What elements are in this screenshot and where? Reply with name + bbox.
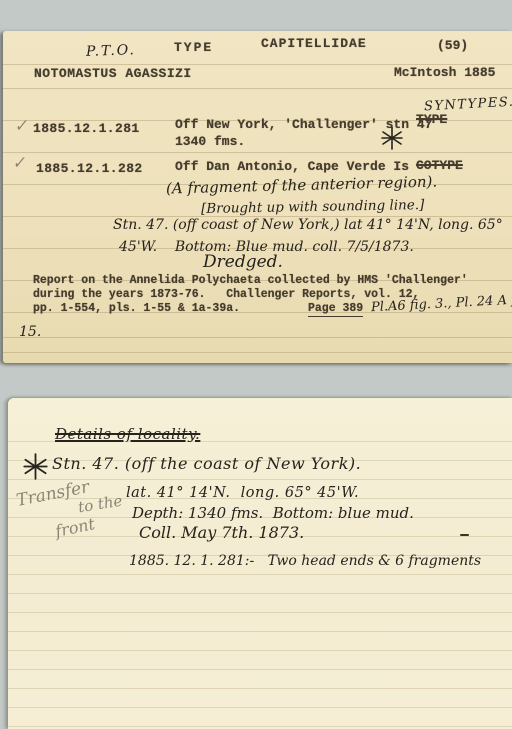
ruled-line bbox=[3, 152, 512, 153]
dredged-note: Dredged. bbox=[203, 254, 283, 270]
collection-date-line: Coll. May 7th. 1873. bbox=[139, 525, 304, 541]
specimen-count-line: 1885. 12. 1. 281:- Two head ends & 6 fra… bbox=[129, 553, 481, 569]
pencil-transfer-note-line3: front bbox=[53, 514, 96, 541]
ruled-line bbox=[8, 707, 512, 708]
registration-number: 1885.12.1.281 bbox=[33, 122, 140, 136]
ruled-line bbox=[8, 726, 512, 727]
ruled-line bbox=[8, 688, 512, 689]
ruled-line bbox=[8, 612, 512, 613]
locality-text: Off Dan Antonio, Cape Verde Is bbox=[175, 160, 409, 174]
pto-note: P.T.O. bbox=[86, 42, 136, 60]
type-heading: TYPE bbox=[174, 41, 213, 55]
depth-line: Depth: 1340 fms. Bottom: blue mud. bbox=[132, 505, 414, 521]
asterisk-mark-icon bbox=[380, 126, 404, 150]
specimen-card-front: P.T.O. TYPE CAPITELLIDAE (59) NOTOMASTUS… bbox=[3, 31, 512, 363]
family-name: CAPITELLIDAE bbox=[261, 37, 367, 51]
reference-line3: pp. 1-554, pls. 1-55 & 1a-39a. bbox=[33, 302, 261, 316]
ruled-line bbox=[8, 650, 512, 651]
checkmark-pencil: ✓ bbox=[11, 152, 26, 172]
reference-line2: during the years 1873-76. Challenger Rep… bbox=[33, 288, 419, 302]
ruled-line bbox=[8, 593, 512, 594]
fragment-note: (A fragment of the anterior region). bbox=[166, 173, 437, 196]
cotype-status-struck: COTYPE bbox=[416, 159, 463, 173]
species-name: NOTOMASTUS AGASSIZI bbox=[34, 67, 192, 81]
ruled-line bbox=[3, 352, 512, 353]
registration-number: 1885.12.1.282 bbox=[36, 162, 143, 176]
ruled-line bbox=[8, 669, 512, 670]
station-details-line1: Stn. 47. (off coast of New York,) lat 41… bbox=[113, 217, 503, 233]
type-status-struck: TYPE bbox=[416, 113, 447, 127]
author-citation: McIntosh 1885 bbox=[394, 66, 495, 80]
asterisk-mark-icon bbox=[22, 453, 49, 480]
card-number: (59) bbox=[437, 39, 468, 53]
figure-references-cont: 15. bbox=[19, 324, 41, 340]
sounding-line-note: [Brought up with sounding line.] bbox=[201, 197, 425, 217]
ruled-line bbox=[8, 631, 512, 632]
latlong-line: lat. 41° 14'N. long. 65° 45'W. bbox=[126, 485, 359, 501]
page-reference: Page 389 bbox=[308, 302, 363, 317]
specimen-card-back: Details of locality. Stn. 47. (off the c… bbox=[8, 398, 512, 729]
stray-dash-mark bbox=[460, 534, 469, 536]
reference-line1: Report on the Annelida Polychaeta collec… bbox=[33, 274, 468, 288]
ruled-line bbox=[8, 574, 512, 575]
station-line: Stn. 47. (off the coast of New York). bbox=[52, 456, 361, 472]
details-heading-struck: Details of locality. bbox=[55, 426, 200, 442]
checkmark-pencil: ✓ bbox=[13, 115, 28, 135]
ruled-line bbox=[3, 88, 512, 89]
ruled-line bbox=[3, 337, 512, 338]
depth-text: 1340 fms. bbox=[175, 135, 245, 149]
